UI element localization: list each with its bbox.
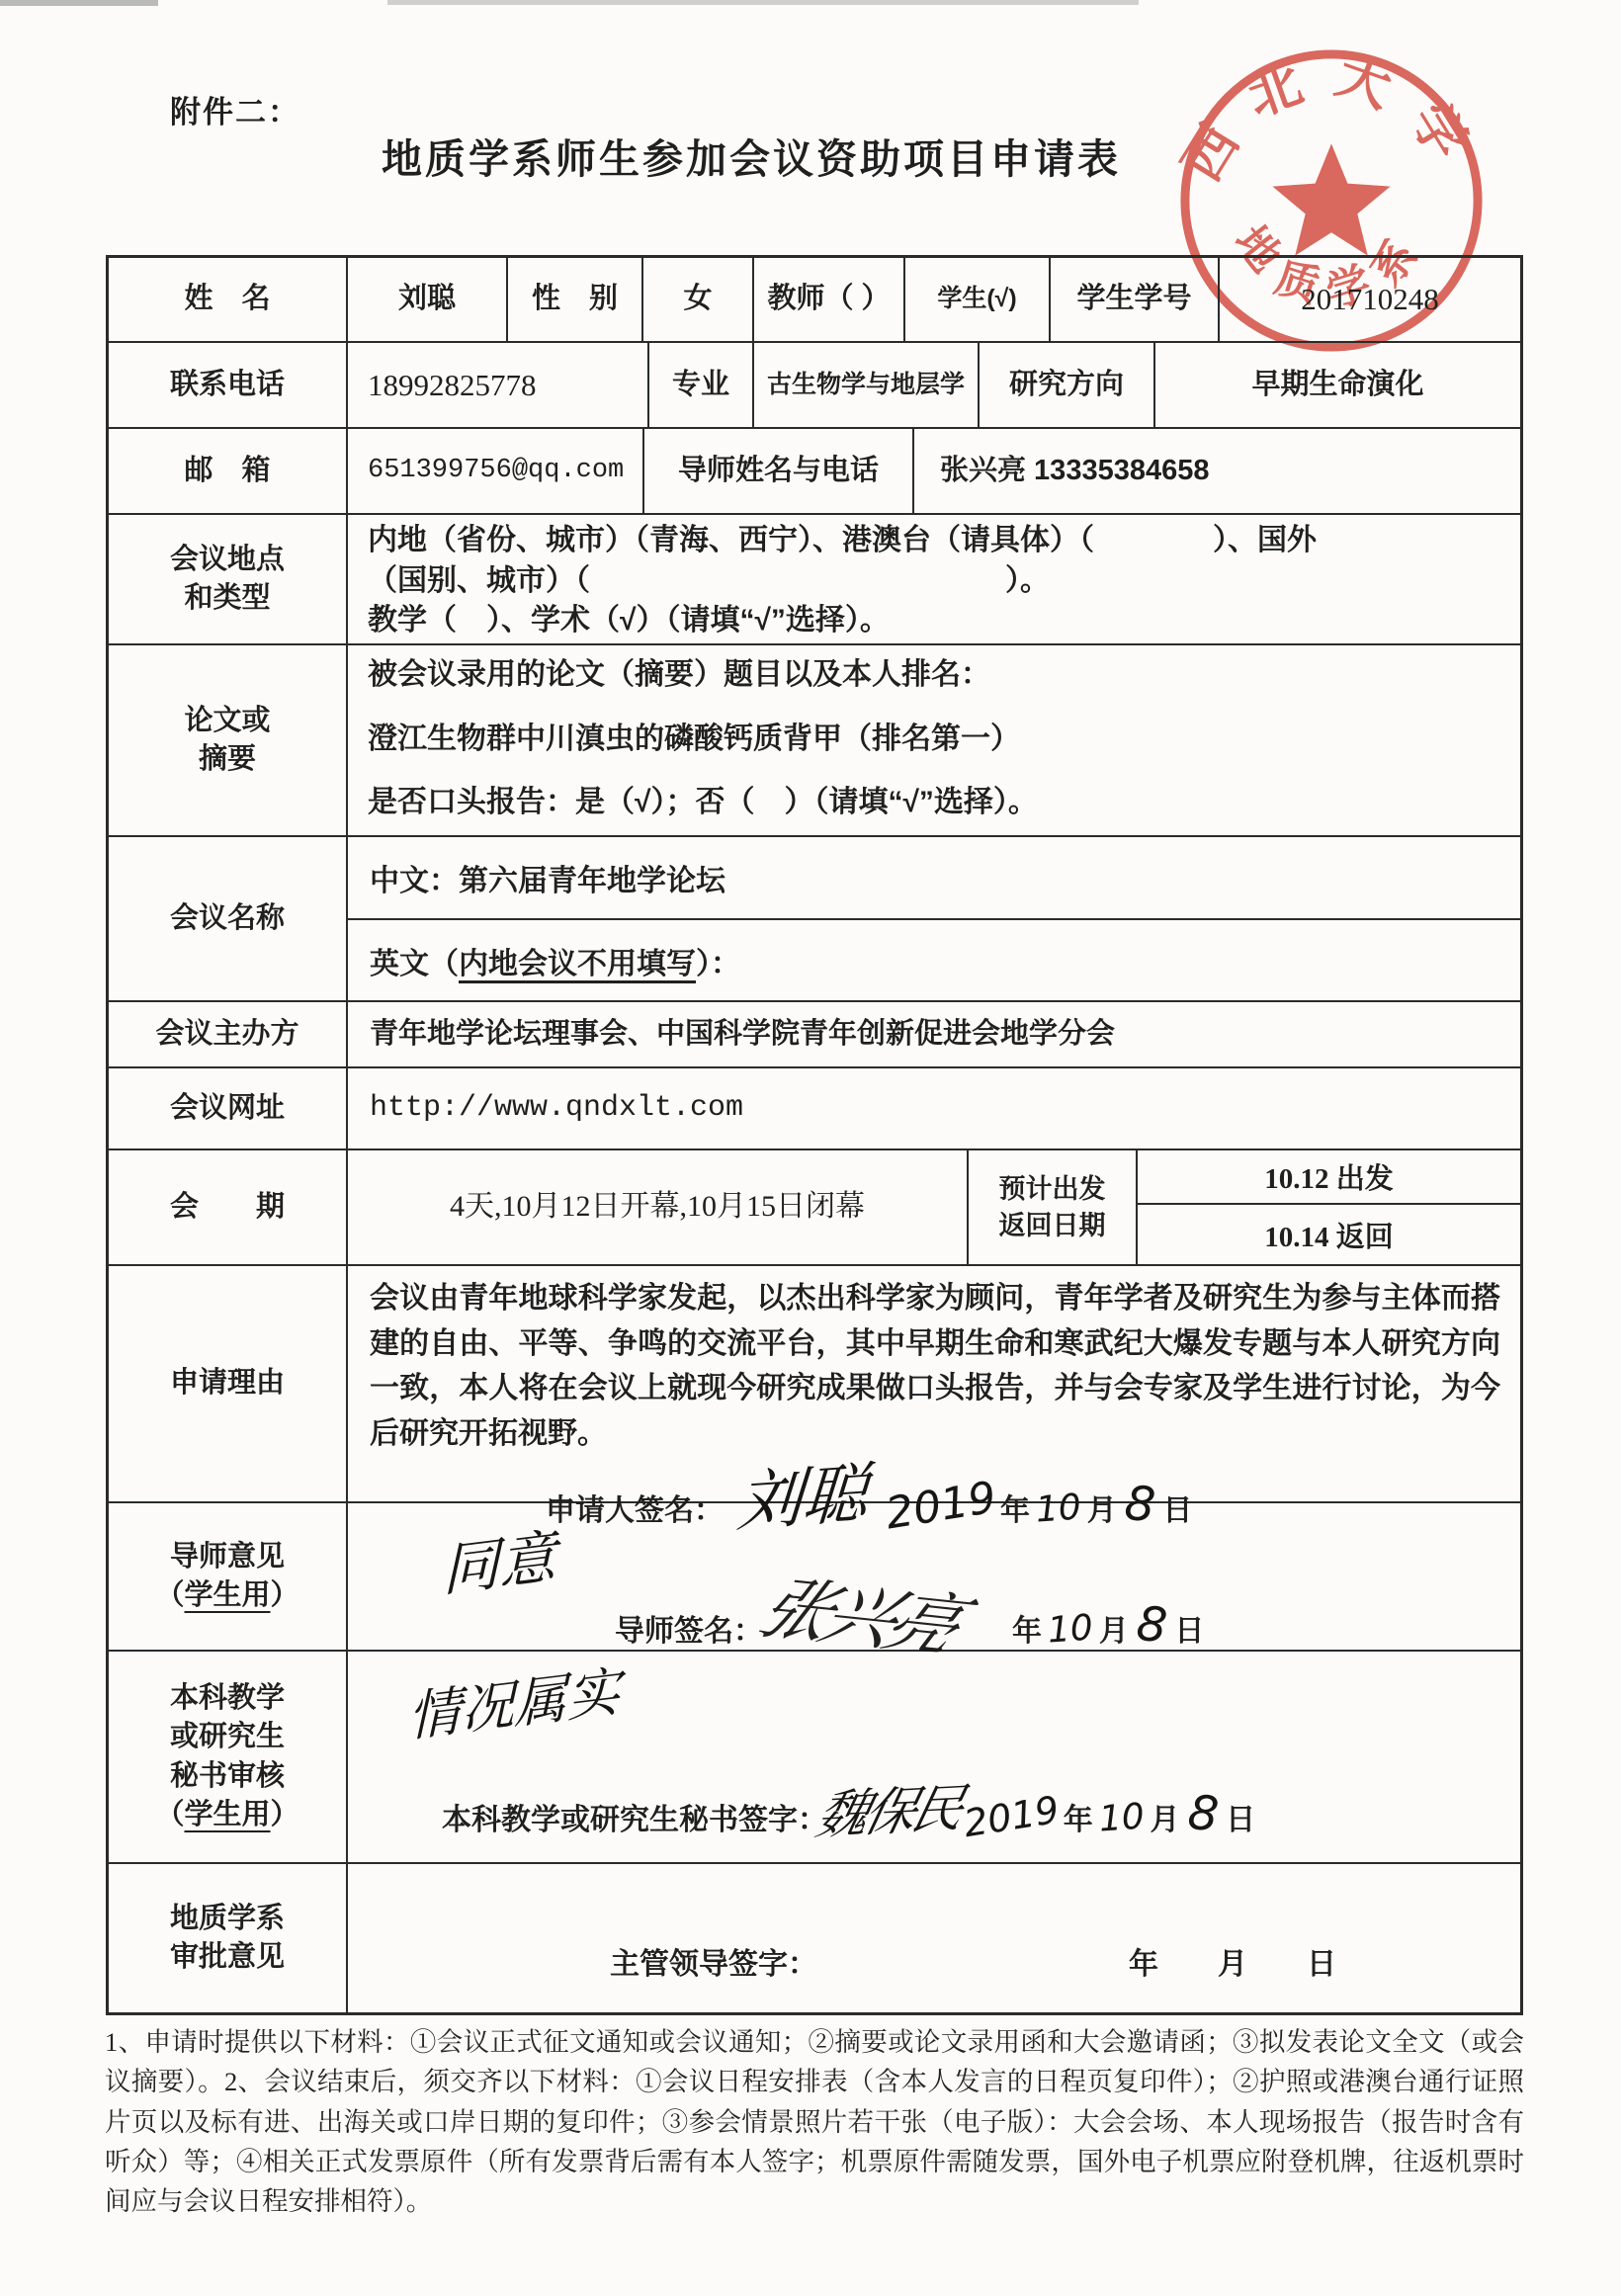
depart-return-label-cell: 预计出发返回日期 <box>969 1150 1138 1264</box>
advisor-label: 导师姓名与电话 <box>678 452 879 490</box>
duration-label-cell: 会 期 <box>109 1150 348 1264</box>
organizer-value: 青年地学论坛理事会、中国科学院青年创新促进会地学分会 <box>370 1015 1115 1054</box>
organizer-label: 会议主办方 <box>155 1015 299 1054</box>
duration-value: 4天,10月12日开幕,10月15日闭幕 <box>450 1187 865 1228</box>
secretary-label-student-use: 学生用 <box>184 1799 270 1830</box>
major-value: 古生物学与地层学 <box>767 369 965 402</box>
application-form-table: 姓 名 刘聪 性 别 女 教师（ ） 学生(√) 学生学号 201710248 … <box>106 255 1523 2015</box>
row-supervisor-opinion: 导师意见 （学生用） 同意 导师签名： 张兴亮 年 10 月 8 日 <box>109 1503 1520 1652</box>
secretary-opinion-handwriting: 情况属实 <box>407 1657 621 1755</box>
supervisor-label-cell: 导师意见 （学生用） <box>109 1503 348 1650</box>
row-department-approval: 地质学系 审批意见 主管领导签字： 年 月 日 <box>109 1864 1520 2012</box>
conf-name-cn: 中文：第六届青年地学论坛 <box>370 856 725 899</box>
depart-return-values: 10.12 出发 10.14 返回 <box>1138 1150 1520 1264</box>
conf-name-en-suffix: ）： <box>696 939 740 982</box>
month-unit: 月 <box>1151 1801 1180 1841</box>
phone-value: 18992825778 <box>368 365 537 406</box>
supervisor-label-paren-open: （ <box>155 1579 184 1611</box>
supervisor-date-month-handwriting: 10 <box>1046 1604 1094 1656</box>
supervisor-opinion-handwriting: 同意 <box>442 1518 557 1610</box>
conf-name-values: 中文：第六届青年地学论坛 英文（内地会议不用填写）： <box>348 837 1520 1000</box>
scan-artifact <box>387 0 1139 5</box>
dept-label-cell: 地质学系 审批意见 <box>109 1864 348 2012</box>
phone-label-cell: 联系电话 <box>109 343 348 427</box>
row-paper-abstract: 论文或摘要 被会议录用的论文（摘要）题目以及本人排名： 澄江生物群中川滇虫的磷酸… <box>109 645 1520 837</box>
secretary-label-line1: 本科教学 <box>155 1679 299 1718</box>
depart-value-cell: 10.12 出发 <box>1138 1150 1520 1205</box>
organizer-value-cell: 青年地学论坛理事会、中国科学院青年创新促进会地学分会 <box>348 1002 1520 1066</box>
scan-artifact <box>0 0 158 6</box>
gender-label: 性 别 <box>532 280 618 318</box>
supervisor-label-paren-close: ） <box>271 1579 299 1611</box>
row-name-gender: 姓 名 刘聪 性 别 女 教师（ ） 学生(√) 学生学号 201710248 <box>109 258 1520 343</box>
direction-value: 早期生命演化 <box>1251 366 1423 404</box>
advisor-label-cell: 导师姓名与电话 <box>644 429 914 513</box>
website-label-cell: 会议网址 <box>109 1068 348 1148</box>
row-conference-dates: 会 期 4天,10月12日开幕,10月15日闭幕 预计出发返回日期 10.12 … <box>109 1150 1520 1266</box>
dept-approval-cell: 主管领导签字： 年 月 日 <box>348 1864 1520 2012</box>
student-id-value: 201710248 <box>1301 279 1439 320</box>
row-secretary-review: 本科教学 或研究生 秘书审核 （学生用） 情况属实 本科教学或研究生秘书签字： … <box>109 1652 1520 1864</box>
row-conference-name: 会议名称 中文：第六届青年地学论坛 英文（内地会议不用填写）： <box>109 837 1520 1002</box>
row-phone-major: 联系电话 18992825778 专业 古生物学与地层学 研究方向 早期生命演化 <box>109 343 1520 429</box>
paper-title-value: 澄江生物群中川滇虫的磷酸钙质背甲（排名第一） <box>368 720 1020 760</box>
duration-label: 会 期 <box>170 1188 285 1227</box>
attachment-label: 附件二： <box>170 87 300 131</box>
student-id-label-cell: 学生学号 <box>1051 258 1220 341</box>
depart-label: 预计出发 <box>999 1171 1106 1207</box>
oral-report-line: 是否口头报告：是（√）；否（ ）（请填“√”选择）。 <box>368 783 1038 823</box>
supervisor-label-line1: 导师意见 <box>155 1538 299 1576</box>
phone-value-cell: 18992825778 <box>348 343 649 427</box>
secretary-label-line3: 秘书审核 <box>155 1757 299 1796</box>
secretary-label-paren-open: （ <box>155 1799 184 1830</box>
return-value: 10.14 返回 <box>1264 1215 1394 1255</box>
teacher-option: 教师（ ） <box>767 280 890 318</box>
student-id-value-cell: 201710248 <box>1220 258 1520 341</box>
month-unit: 月 <box>1099 1612 1129 1653</box>
gender-value: 女 <box>683 280 712 318</box>
type-line: 教学（ ）、学术（√）（请填“√”选择）。 <box>368 601 890 641</box>
teacher-checkbox-cell: 教师（ ） <box>754 258 905 341</box>
reason-paragraph: 会议由青年地球科学家发起，以杰出科学家为顾问，青年学者及研究生为参与主体而搭建的… <box>348 1266 1520 1456</box>
row-location-type: 会议地点和类型 内地（省份、城市）（青海、西宁）、港澳台（请具体）（ ）、国外 … <box>109 515 1520 645</box>
year-unit: 年 <box>1064 1801 1093 1841</box>
advisor-value: 张兴亮 13335384658 <box>940 452 1209 490</box>
website-label: 会议网址 <box>170 1089 285 1128</box>
gender-value-cell: 女 <box>643 258 754 341</box>
direction-label: 研究方向 <box>1009 366 1124 404</box>
student-option: 学生(√) <box>937 283 1016 316</box>
supervisor-date-day-handwriting: 8 <box>1134 1592 1170 1659</box>
reason-label: 申请理由 <box>170 1364 285 1403</box>
gender-label-cell: 性 别 <box>508 258 643 341</box>
secretary-date-year-handwriting: 2019 <box>961 1785 1064 1850</box>
form-title: 地质学系师生参加会议资助项目申请表 <box>0 127 1502 185</box>
conf-name-label-cell: 会议名称 <box>109 837 348 1000</box>
website-value-cell: http://www.qndxlt.com <box>348 1068 1520 1148</box>
name-value: 刘聪 <box>398 280 456 318</box>
leader-sign-label: 主管领导签字： <box>610 1945 817 1986</box>
return-label: 返回日期 <box>999 1208 1106 1243</box>
reason-value-cell: 会议由青年地球科学家发起，以杰出科学家为顾问，青年学者及研究生为参与主体而搭建的… <box>348 1266 1520 1501</box>
paper-label-cell: 论文或摘要 <box>109 645 348 835</box>
supervisor-sign-line: 导师签名： 张兴亮 年 10 月 8 日 <box>615 1571 1204 1664</box>
name-label-cell: 姓 名 <box>109 258 348 341</box>
supervisor-label-student-use: 学生用 <box>184 1579 270 1611</box>
location-label-cell: 会议地点和类型 <box>109 515 348 643</box>
secretary-date-month-handwriting: 10 <box>1097 1793 1146 1844</box>
email-value-cell: 651399756@qq.com <box>348 429 644 513</box>
direction-value-cell: 早期生命演化 <box>1155 343 1520 427</box>
secretary-review-cell: 情况属实 本科教学或研究生秘书签字： 魏保民 2019 年 10 月 8 日 <box>348 1652 1520 1862</box>
secretary-date-day-handwriting: 8 <box>1184 1781 1221 1848</box>
paper-label-line1: 论文或 <box>184 702 270 740</box>
row-email-advisor: 邮 箱 651399756@qq.com 导师姓名与电话 张兴亮 1333538… <box>109 429 1520 515</box>
dept-label-line2: 审批意见 <box>170 1938 285 1977</box>
secretary-label-line2: 或研究生 <box>155 1718 299 1756</box>
day-unit: 日 <box>1226 1801 1255 1841</box>
advisor-value-cell: 张兴亮 13335384658 <box>914 429 1520 513</box>
organizer-label-cell: 会议主办方 <box>109 1002 348 1066</box>
secretary-signature-handwriting: 魏保民 <box>810 1774 968 1852</box>
student-id-label: 学生学号 <box>1076 280 1191 318</box>
dept-label-line1: 地质学系 <box>170 1900 285 1938</box>
location-line2: （国别、城市）（ ）。 <box>368 561 1050 602</box>
secretary-sign-line: 本科教学或研究生秘书签字： 魏保民 2019 年 10 月 8 日 <box>442 1778 1255 1847</box>
direction-label-cell: 研究方向 <box>980 343 1155 427</box>
student-checkbox-cell: 学生(√) <box>905 258 1051 341</box>
name-label: 姓 名 <box>184 280 270 318</box>
paper-label-line2: 摘要 <box>184 740 270 779</box>
phone-label: 联系电话 <box>170 366 285 404</box>
secretary-label-paren-close: ） <box>271 1799 299 1830</box>
email-value: 651399756@qq.com <box>368 453 624 488</box>
reason-label-cell: 申请理由 <box>109 1266 348 1501</box>
return-value-cell: 10.14 返回 <box>1138 1205 1520 1264</box>
form-footnote: 1、申请时提供以下材料：①会议正式征文通知或会议通知；②摘要或论文录用函和大会邀… <box>105 2022 1524 2221</box>
secretary-sign-label: 本科教学或研究生秘书签字： <box>442 1801 827 1841</box>
leader-date-blank: 年 月 日 <box>1129 1945 1336 1986</box>
name-value-cell: 刘聪 <box>348 258 508 341</box>
location-label-line2: 和类型 <box>170 579 285 618</box>
depart-value: 10.12 出发 <box>1264 1156 1394 1197</box>
major-value-cell: 古生物学与地层学 <box>754 343 980 427</box>
day-unit: 日 <box>1174 1612 1204 1653</box>
duration-value-cell: 4天,10月12日开幕,10月15日闭幕 <box>348 1150 969 1264</box>
row-application-reason: 申请理由 会议由青年地球科学家发起，以杰出科学家为顾问，青年学者及研究生为参与主… <box>109 1266 1520 1503</box>
supervisor-opinion-cell: 同意 导师签名： 张兴亮 年 10 月 8 日 <box>348 1503 1520 1650</box>
year-unit: 年 <box>1012 1612 1042 1653</box>
conf-name-en-cell: 英文（内地会议不用填写）： <box>348 920 1520 1000</box>
row-organizer: 会议主办方 青年地学论坛理事会、中国科学院青年创新促进会地学分会 <box>109 1002 1520 1068</box>
major-label: 专业 <box>672 366 729 404</box>
location-value-cell: 内地（省份、城市）（青海、西宁）、港澳台（请具体）（ ）、国外 （国别、城市）（… <box>348 515 1520 643</box>
secretary-label-cell: 本科教学 或研究生 秘书审核 （学生用） <box>109 1652 348 1862</box>
supervisor-sign-label: 导师签名： <box>615 1612 763 1653</box>
website-value: http://www.qndxlt.com <box>370 1088 743 1129</box>
conf-name-en-note: 内地会议不用填写 <box>459 939 696 982</box>
conf-name-en-prefix: 英文（ <box>370 939 459 982</box>
paper-value-cell: 被会议录用的论文（摘要）题目以及本人排名： 澄江生物群中川滇虫的磷酸钙质背甲（排… <box>348 645 1520 835</box>
location-line1: 内地（省份、城市）（青海、西宁）、港澳台（请具体）（ ）、国外 <box>368 521 1317 561</box>
major-label-cell: 专业 <box>649 343 754 427</box>
email-label: 邮 箱 <box>184 452 270 490</box>
conf-name-label: 会议名称 <box>170 899 285 938</box>
scanned-application-form: 附件二： 地质学系师生参加会议资助项目申请表 西北大学 地质学系 姓 名 刘聪 … <box>0 0 1621 2296</box>
email-label-cell: 邮 箱 <box>109 429 348 513</box>
paper-title-prompt: 被会议录用的论文（摘要）题目以及本人排名： <box>368 655 990 696</box>
location-label-line1: 会议地点 <box>170 541 285 579</box>
conf-name-cn-cell: 中文：第六届青年地学论坛 <box>348 837 1520 920</box>
row-website: 会议网址 http://www.qndxlt.com <box>109 1068 1520 1150</box>
